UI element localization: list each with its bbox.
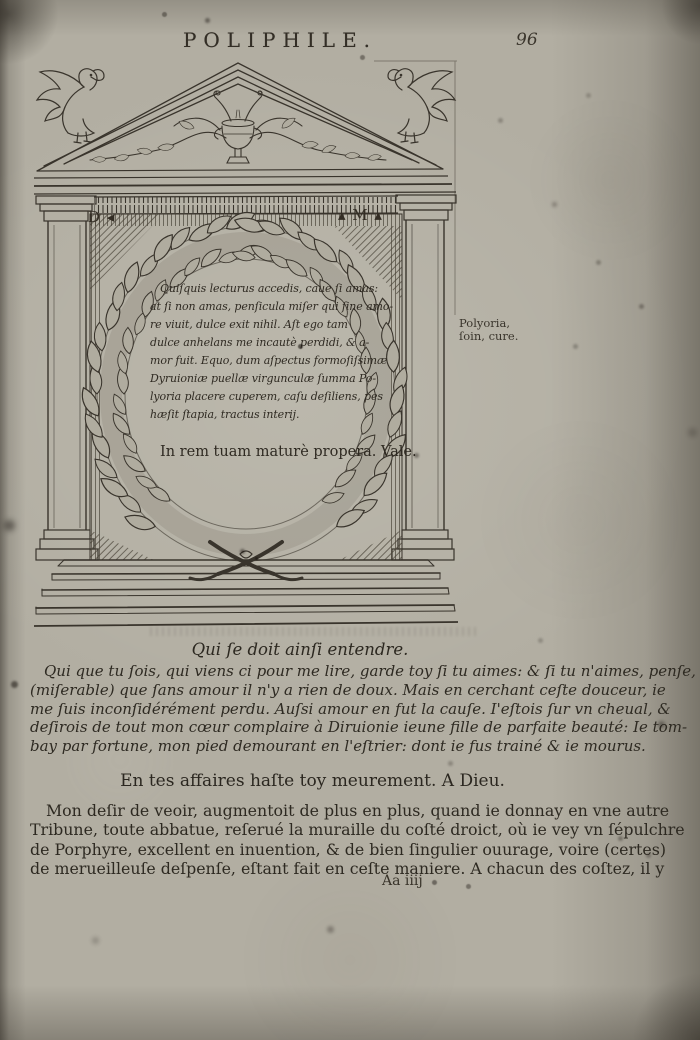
latin-line: Quiſquis lecturus accedis, caue ſi amas:: [150, 280, 400, 298]
translation-paragraph: Qui que tu ſois, qui viens ci pour me li…: [30, 662, 675, 756]
dedication-letter-m: ▴ M ▴: [338, 206, 383, 224]
column-left: [48, 221, 86, 530]
woodcut-monument-figure: D ◂ ▴ M ▴ Quiſquis lecturus accedis, cau…: [34, 60, 458, 632]
text-line: Tribune, toute abbatue, reſerué la murai…: [30, 820, 675, 839]
latin-epitaph-text: Quiſquis lecturus accedis, caue ſi amas:…: [150, 280, 400, 424]
latin-line: hæſit ſtapia, tractus interij.: [150, 406, 400, 424]
text-line: Mon deſir de veoir, augmentoit de plus e…: [30, 801, 675, 820]
column-right: [406, 220, 444, 530]
latin-line: dulce anhelans me incautè perdidi, & a-: [150, 334, 400, 352]
text-line: me ſuis inconſidérément perdu. Auſsi amo…: [30, 700, 675, 719]
page-number: 96: [516, 30, 538, 50]
latin-line: mor fuit. Equo, dum aſpectus formoſiſsim…: [150, 352, 400, 370]
text-line: de Porphyre, excellent en inuention, & d…: [30, 840, 675, 859]
left-eagle-figure: [37, 69, 104, 143]
latin-line: Dyruioniæ puellæ virgunculæ ſumma Po-: [150, 370, 400, 388]
text-line: deſirois de tout mon cœur complaire à Di…: [30, 718, 675, 737]
foxing-stains: [0, 0, 5, 5]
latin-line: re viuit, dulce exit nihil. Aſt ego tam: [150, 316, 400, 334]
right-eagle-figure: [388, 69, 455, 143]
margin-note: Polyoria, ſoin, cure.: [459, 317, 518, 343]
running-title: POLIPHILE.: [0, 28, 560, 52]
text-line: de merueilleuſe deſpenſe, eſtant fait en…: [30, 859, 675, 878]
latin-line: at ſi non amas, penſicula miſer qui ſine…: [150, 298, 400, 316]
latin-closing-line: In rem tuam maturè propera. Vale.: [160, 444, 417, 460]
narrative-paragraph: Mon deſir de veoir, augmentoit de plus e…: [30, 801, 675, 879]
signature-mark: Aa iiij: [382, 873, 423, 889]
dedication-letter-d: D ◂: [88, 208, 115, 226]
base-steps: [34, 560, 458, 626]
farewell-heading: En tes affaires haſte toy meurement. A D…: [60, 771, 565, 791]
scanned-book-page: { "page": { "running_title": "POLIPHILE.…: [0, 0, 700, 1040]
urn-ornament: [90, 91, 386, 163]
ink-bleedthrough: [150, 627, 480, 636]
text-line: (miſerable) que ſans amour il n'y a rien…: [30, 681, 675, 700]
margin-note-line: ſoin, cure.: [459, 330, 518, 343]
text-line: bay par fortune, mon pied demourant en l…: [30, 737, 675, 756]
latin-line: lyoria placere cuperem, caſu deſiliens, …: [150, 388, 400, 406]
section-heading-translation: Qui ſe doit ainſi entendre.: [150, 640, 450, 659]
text-line: Qui que tu ſois, qui viens ci pour me li…: [30, 662, 675, 681]
